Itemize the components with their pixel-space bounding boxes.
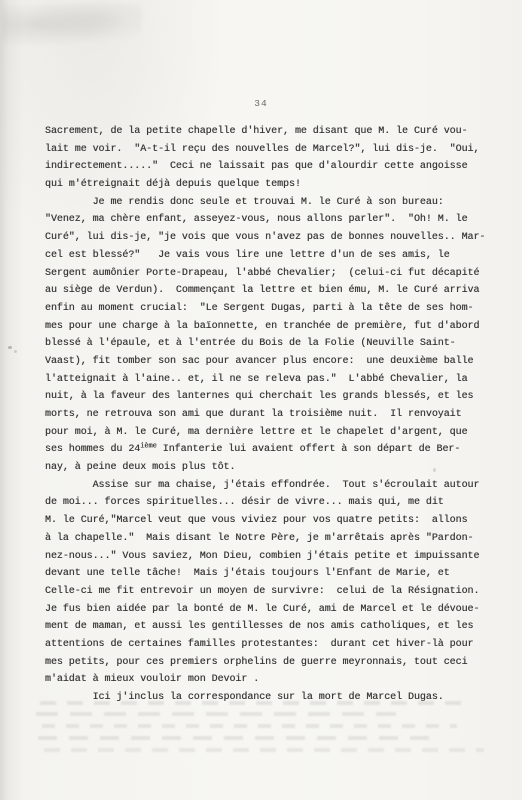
- text-line: à la chapelle." Mais disant le Notre Pèr…: [45, 530, 495, 548]
- ghost-line: [42, 724, 457, 728]
- text-line: nay, à peine deux mois plus tôt.: [45, 459, 495, 477]
- text-line: morts, ne retrouva son ami que durant la…: [45, 406, 495, 424]
- ghost-line: [44, 748, 484, 752]
- text-line: Je me rendis donc seule et trouvai M. le…: [45, 194, 495, 212]
- text-line: ses hommes du 24ième Infanterie lui avai…: [45, 441, 495, 459]
- scan-speck: [14, 350, 17, 353]
- text-line: Celle-ci me fit entrevoir un moyen de su…: [45, 583, 495, 601]
- text-line: ment de maman, et aussi les gentillesses…: [45, 618, 495, 636]
- text-line: au siège de Verdun). Commençant la lettr…: [45, 282, 495, 300]
- scan-speck: [8, 346, 12, 349]
- text-line: m'aidat à mieux vouloir mon Devoir .: [45, 671, 495, 689]
- text-line: nez-nous..." Vous saviez, Mon Dieu, comb…: [45, 548, 495, 566]
- text-line: pour moi, à M. le Curé, ma dernière lett…: [45, 424, 495, 442]
- text-line: mes petits, pour ces premiers orphelins …: [45, 654, 495, 672]
- ghost-line: [36, 712, 396, 716]
- ghost-line: [40, 701, 470, 705]
- text-line: Sergent aumônier Porte-Drapeau, l'abbé C…: [45, 265, 495, 283]
- scanned-page: 34 Sacrement, de la petite chapelle d'hi…: [0, 0, 522, 800]
- scan-smudge: [2, 4, 142, 50]
- text-line: qui m'étreignait déjà depuis quelque tem…: [45, 176, 495, 194]
- text-line: lait me voir. "A-t-il reçu des nouvelles…: [45, 141, 495, 159]
- text-line: mes pour une charge à la baïonnette, en …: [45, 318, 495, 336]
- ghost-line: [38, 736, 438, 740]
- text-line: attentions de certaines familles protest…: [45, 636, 495, 654]
- text-line: l'atteignait à l'aine.. et, il ne se rel…: [45, 371, 495, 389]
- text-line: indirectement....." Ceci ne laissait pas…: [45, 158, 495, 176]
- text-line: blessé à l'épaule, et à l'entrée du Bois…: [45, 335, 495, 353]
- text-line: Sacrement, de la petite chapelle d'hiver…: [45, 123, 495, 141]
- text-line: de moi... forces spirituelles... désir d…: [45, 494, 495, 512]
- text-line: Curé", lui dis-je, "je vois que vous n'a…: [45, 229, 495, 247]
- text-line: enfin au moment crucial: "Le Sergent Dug…: [45, 300, 495, 318]
- text-line: M. le Curé,"Marcel veut que vous viviez …: [45, 512, 495, 530]
- text-line: cel est blessé?" Je vais vous lire une l…: [45, 247, 495, 265]
- text-line: Assise sur ma chaise, j'étais effondrée.…: [45, 477, 495, 495]
- text-line: Je fus bien aidée par la bonté de M. le …: [45, 601, 495, 619]
- text-line: nuit, à la faveur des lanternes qui cher…: [45, 388, 495, 406]
- body-text: Sacrement, de la petite chapelle d'hiver…: [45, 123, 495, 707]
- text-line: Vaast), fit tomber son sac pour avancer …: [45, 353, 495, 371]
- page-number: 34: [0, 98, 522, 109]
- text-line: "Venez, ma chère enfant, asseyez-vous, n…: [45, 211, 495, 229]
- text-line: devant une telle tâche! Mais j'étais tou…: [45, 565, 495, 583]
